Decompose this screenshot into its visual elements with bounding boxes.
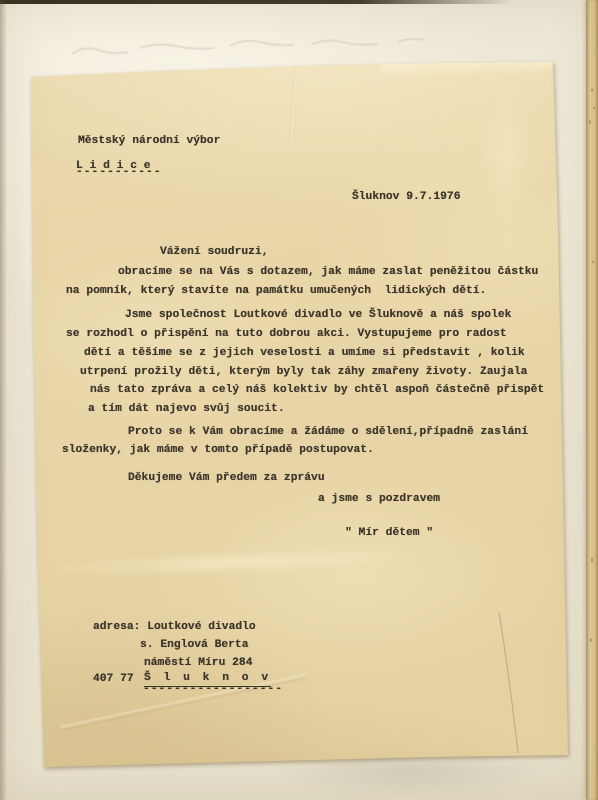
photo-left-edge — [0, 0, 7, 800]
address-line: náměstí Míru 284 — [144, 657, 252, 669]
paper-crease — [60, 541, 491, 582]
dateline: Šluknov 9.7.1976 — [352, 191, 460, 203]
address-line: adresa: Loutkové divadlo — [93, 621, 256, 633]
book-page: Městský národní výbor L i d i c e ------… — [0, 0, 598, 800]
postal-code: 407 77 — [93, 673, 134, 685]
body-line: utrpení prožily děti, kterým byly tak zá… — [80, 366, 527, 378]
body-line: dětí a těšíme se z jejich veselosti a um… — [84, 347, 525, 359]
slogan-line: " Mír dětem " — [345, 527, 433, 539]
thanks-line: Děkujeme Vám předem za zprávu — [128, 472, 325, 484]
pencil-mark — [0, 0, 598, 800]
paper-crease — [289, 60, 299, 145]
letter-sheet-wrap: Městský národní výbor L i d i c e ------… — [0, 0, 598, 800]
paper-crease — [468, 80, 543, 270]
body-line: Proto se k Vám obracíme a žádáme o sděle… — [128, 426, 528, 438]
salutation: Vážení soudruzi, — [160, 246, 268, 258]
recipient-underline: ----------- — [76, 166, 162, 178]
body-line: Jsme společnost Loutkové divadlo ve Šluk… — [125, 309, 511, 321]
closing-line: a jsme s pozdravem — [318, 493, 440, 505]
photo-top-edge — [0, 0, 598, 4]
paper-crease — [380, 61, 552, 78]
city-underline: ------------------ — [143, 683, 283, 695]
address-line: s. Englová Berta — [140, 639, 248, 651]
recipient-line: Městský národní výbor — [78, 135, 220, 147]
body-line: obracíme se na Vás s dotazem, jak máme z… — [118, 266, 538, 278]
body-line: na pomník, který stavíte na památku umuč… — [66, 285, 486, 297]
body-line: a tím dát najevo svůj soucit. — [88, 403, 285, 415]
body-line: nás tato zpráva a celý náš kolektiv by c… — [90, 384, 544, 396]
book-fore-edge — [586, 0, 598, 800]
letter-sheet: Městský národní výbor L i d i c e ------… — [0, 0, 598, 800]
body-line: se rozhodl o přispění na tuto dobrou akc… — [66, 328, 507, 340]
body-line: složenky, jak máme v tomto případě postu… — [62, 444, 374, 456]
